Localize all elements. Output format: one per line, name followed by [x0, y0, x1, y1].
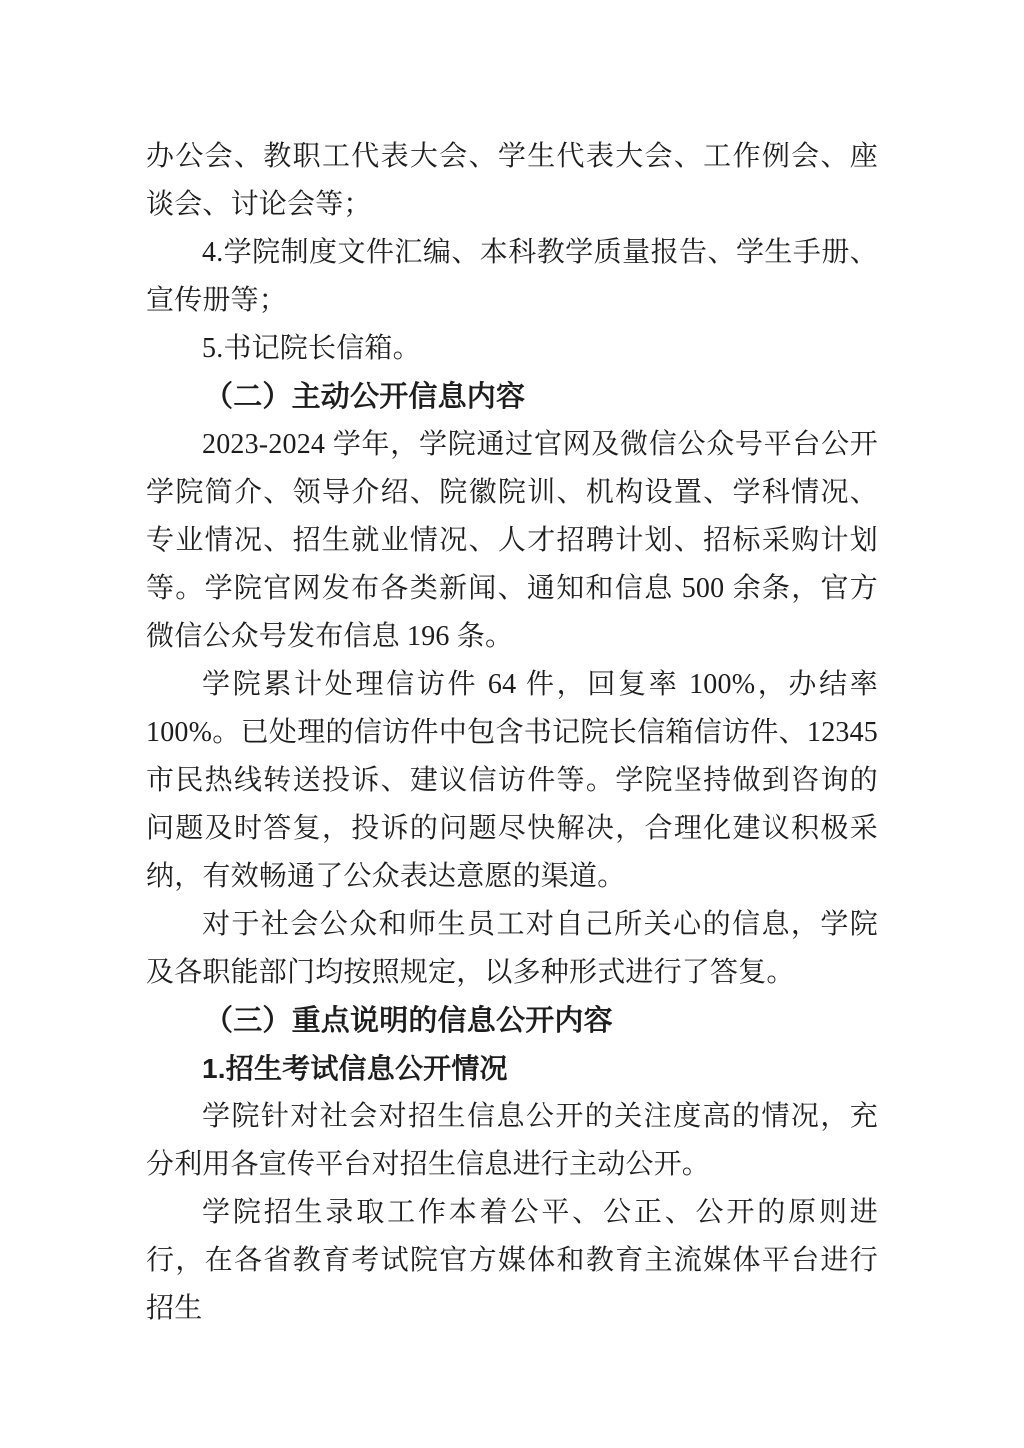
paragraph-proactive-disclosure: 2023-2024 学年，学院通过官网及微信公众号平台公开学院简介、领导介绍、院…: [146, 421, 878, 661]
list-item-5: 5.书记院长信箱。: [146, 325, 878, 373]
document-page: 办公会、教职工代表大会、学生代表大会、工作例会、座谈会、讨论会等； 4.学院制度…: [0, 0, 1024, 1448]
subsection-heading-admissions: 1.招生考试信息公开情况: [146, 1045, 878, 1093]
document-content: 办公会、教职工代表大会、学生代表大会、工作例会、座谈会、讨论会等； 4.学院制度…: [146, 133, 878, 1333]
paragraph-admissions-disclosure: 学院针对社会对招生信息公开的关注度高的情况，充分利用各宣传平台对招生信息进行主动…: [146, 1093, 878, 1189]
paragraph-admissions-principles: 学院招生录取工作本着公平、公正、公开的原则进行，在各省教育考试院官方媒体和教育主…: [146, 1189, 878, 1333]
list-item-4: 4.学院制度文件汇编、本科教学质量报告、学生手册、宣传册等；: [146, 229, 878, 325]
section-heading-3: （三）重点说明的信息公开内容: [146, 997, 878, 1045]
paragraph-continued-from-previous-page: 办公会、教职工代表大会、学生代表大会、工作例会、座谈会、讨论会等；: [146, 133, 878, 229]
paragraph-public-replies: 对于社会公众和师生员工对自己所关心的信息，学院及各职能部门均按照规定，以多种形式…: [146, 901, 878, 997]
section-heading-2: （二）主动公开信息内容: [146, 373, 878, 421]
paragraph-petition-handling: 学院累计处理信访件 64 件，回复率 100%，办结率 100%。已处理的信访件…: [146, 661, 878, 901]
